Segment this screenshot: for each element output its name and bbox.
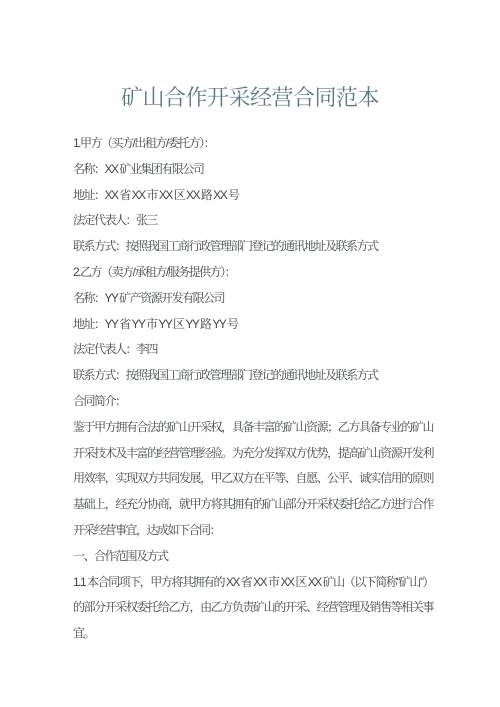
document-paragraph: 联系方式：按照我国工商行政管理部门登记的通讯地址及联系方式 xyxy=(73,234,433,260)
document-paragraph: 鉴于甲方拥有合法的矿山开采权，具备丰富的矿山资源；乙方具备专业的矿山开采技术及丰… xyxy=(73,415,433,544)
document-paragraph: 2.乙方（卖方/承租方/服务提供方）： xyxy=(73,260,433,286)
document-page: 矿山合作开采经营合同范本 1.甲方（买方/出租方/委托方）：名称：XX 矿业集团… xyxy=(0,0,500,707)
document-paragraph: 1.甲方（买方/出租方/委托方）： xyxy=(73,131,433,157)
document-paragraph: 一、合作范围及方式 xyxy=(73,544,433,570)
document-paragraph: 法定代表人：张三 xyxy=(73,208,433,234)
document-paragraph: 名称：YY 矿产资源开发有限公司 xyxy=(73,286,433,312)
document-paragraph: 地址：XX 省 XX 市 XX 区 XX 路 XX 号 xyxy=(73,183,433,209)
document-paragraph: 法定代表人：李四 xyxy=(73,337,433,363)
document-paragraph: 1.1 本合同项下，甲方将其拥有的 XX 省 XX 市 XX 区 XX 矿山（以… xyxy=(73,570,433,647)
document-paragraph: 名称：XX 矿业集团有限公司 xyxy=(73,157,433,183)
document-title: 矿山合作开采经营合同范本 xyxy=(0,84,500,112)
document-paragraph: 联系方式：按照我国工商行政管理部门登记的通讯地址及联系方式 xyxy=(73,363,433,389)
document-paragraph: 合同简介： xyxy=(73,389,433,415)
document-paragraph: 地址：YY 省 YY 市 YY 区 YY 路 YY 号 xyxy=(73,312,433,338)
document-body: 1.甲方（买方/出租方/委托方）：名称：XX 矿业集团有限公司地址：XX 省 X… xyxy=(73,131,433,647)
